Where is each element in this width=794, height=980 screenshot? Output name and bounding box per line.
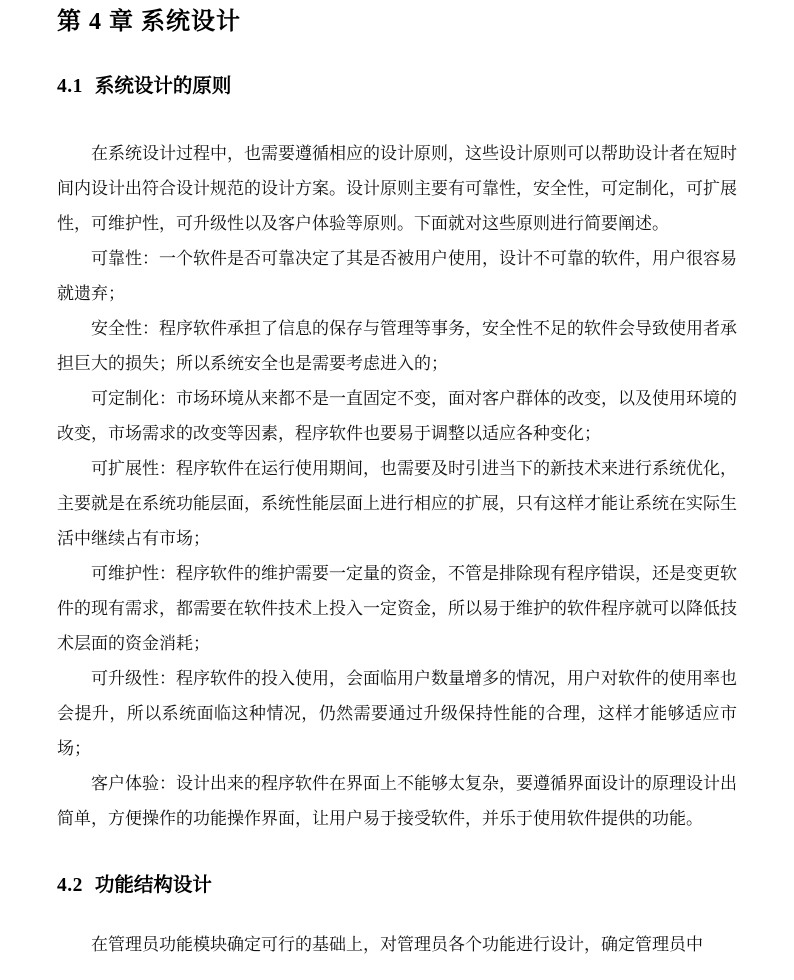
paragraph-security: 安全性：程序软件承担了信息的保存与管理等事务，安全性不足的软件会导致使用者承担巨… [57, 311, 737, 381]
paragraph-clipped-at-page-bottom: 在管理员功能模块确定可行的基础上，对管理员各个功能进行设计，确定管理员中 [57, 927, 737, 962]
section-heading-4-2: 4.2功能结构设计 [57, 873, 737, 899]
document-page: 第 4 章 系统设计 4.1系统设计的原则 在系统设计过程中，也需要遵循相应的设… [0, 0, 794, 980]
paragraph-reliability: 可靠性：一个软件是否可靠决定了其是否被用户使用，设计不可靠的软件，用户很容易就遗… [57, 241, 737, 311]
chapter-heading: 第 4 章 系统设计 [57, 6, 737, 38]
section-number: 4.1 [57, 76, 83, 97]
section-4-1-body: 在系统设计过程中，也需要遵循相应的设计原则，这些设计原则可以帮助设计者在短时间内… [57, 136, 737, 836]
paragraph-customizability: 可定制化：市场环境从来都不是一直固定不变，面对客户群体的改变，以及使用环境的改变… [57, 381, 737, 451]
section-number: 4.2 [57, 875, 83, 896]
section-title: 功能结构设计 [95, 875, 212, 896]
section-title: 系统设计的原则 [95, 76, 232, 97]
section-heading-4-1: 4.1系统设计的原则 [57, 74, 737, 100]
paragraph-upgradability: 可升级性：程序软件的投入使用，会面临用户数量增多的情况，用户对软件的使用率也会提… [57, 661, 737, 766]
paragraph-extensibility: 可扩展性：程序软件在运行使用期间，也需要及时引进当下的新技术来进行系统优化，主要… [57, 451, 737, 556]
paragraph-intro: 在系统设计过程中，也需要遵循相应的设计原则，这些设计原则可以帮助设计者在短时间内… [57, 136, 737, 241]
paragraph-user-experience: 客户体验：设计出来的程序软件在界面上不能够太复杂，要遵循界面设计的原理设计出简单… [57, 766, 737, 836]
paragraph-maintainability: 可维护性：程序软件的维护需要一定量的资金，不管是排除现有程序错误，还是变更软件的… [57, 556, 737, 661]
